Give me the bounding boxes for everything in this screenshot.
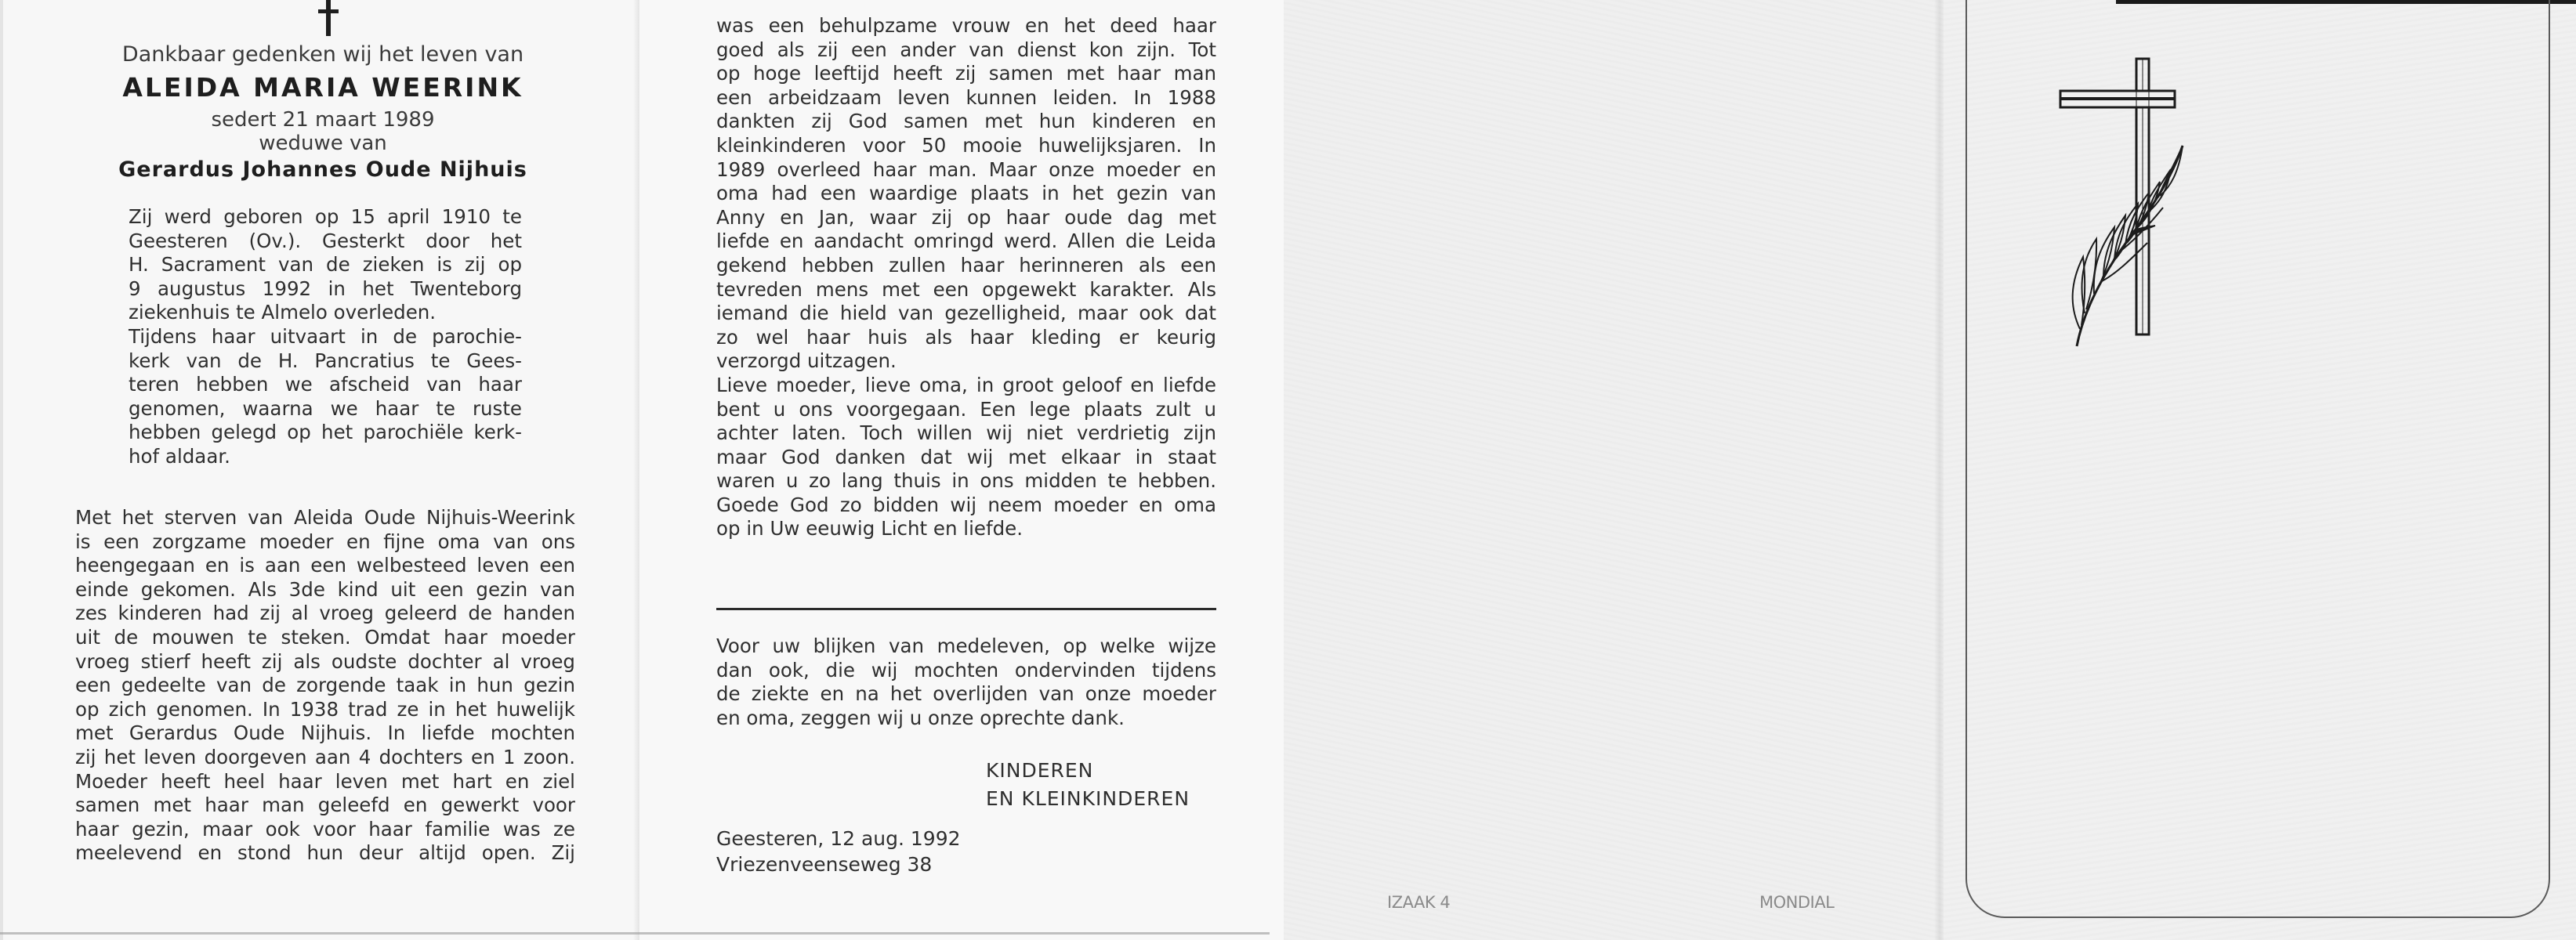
signoff-line-1: KINDEREN (986, 757, 1190, 785)
intro-text: Dankbaar gedenken wij het leven van (3, 42, 643, 67)
text-line: H. Sacrament van de zieken is zij op (129, 253, 522, 277)
card-panel-back (1284, 0, 1944, 940)
text-line: hof aldaar. (129, 445, 522, 469)
text-line: tevreden mens met een opgewekt karakter.… (716, 278, 1216, 302)
since-date: sedert 21 maart 1989 (3, 108, 643, 132)
text-line: zij het leven doorgeven aan 4 dochters e… (75, 746, 575, 770)
text-line: dankten zij God samen met hun kinderen e… (716, 110, 1216, 134)
text-line: Goede God zo bidden wij neem moeder en o… (716, 493, 1216, 518)
cross-icon (317, 0, 340, 38)
husband-name: Gerardus Johannes Oude Nijhuis (3, 157, 643, 182)
text-line: de ziekte en na het overlijden van onze … (716, 682, 1216, 707)
text-line: ziekenhuis te Almelo overleden. (129, 301, 522, 325)
text-line: samen met haar man geleefd en gewerkt vo… (75, 794, 575, 818)
text-line: uit de mouwen te steken. Omdat haar moed… (75, 626, 575, 650)
signoff: KINDEREN EN KLEINKINDEREN (986, 757, 1190, 813)
text-line: bent u ons voorgegaan. Een lege plaats z… (716, 398, 1216, 422)
text-line: zes kinderen had zij al vroeg geleerd de… (75, 602, 575, 626)
card-bottom-edge (0, 932, 1270, 935)
life-story-paragraph-1: Met het sterven van Aleida Oude Nijhuis-… (75, 506, 575, 866)
imprint-brand: MONDIAL (1759, 893, 1834, 912)
text-line: zo wel haar huis als haar kleding er keu… (716, 326, 1216, 350)
text-line: haar gezin, maar ook voor haar familie w… (75, 818, 575, 842)
text-line: maar God danken dat wij met elkaar in st… (716, 446, 1216, 470)
text-line: hebben gelegd op het parochiële kerk- (129, 421, 522, 445)
text-line: is een zorgzame moeder en fijne oma van … (75, 530, 575, 555)
text-line: achter laten. Toch willen wij niet verdr… (716, 421, 1216, 446)
text-line: gekend hebben zullen haar herinneren als… (716, 254, 1216, 278)
text-line: Moeder heeft heel haar leven met hart en… (75, 770, 575, 794)
signoff-line-2: EN KLEINKINDEREN (986, 785, 1190, 813)
text-line: Zij werd geboren op 15 april 1910 te (129, 205, 522, 230)
text-line: dan ook, die wij mochten ondervinden tij… (716, 659, 1216, 683)
text-line: einde gekomen. Als 3de kind uit een gezi… (75, 578, 575, 602)
text-line: goed als zij een ander van dienst kon zi… (716, 38, 1216, 63)
text-line: met Gerardus Oude Nijhuis. In liefde moc… (75, 721, 575, 746)
life-story-paragraph-2: was een behulpzame vrouw en het deed haa… (716, 14, 1216, 541)
deceased-name: ALEIDA MARIA WEERINK (3, 72, 643, 103)
text-line: 9 augustus 1992 in het Twenteborg (129, 277, 522, 302)
text-line: liefde en aandacht omringd werd. Allen d… (716, 230, 1216, 254)
text-line: een gedeelte van de zorgende taak in hun… (75, 674, 575, 698)
text-line: Anny en Jan, waar zij op haar oude dag m… (716, 206, 1216, 230)
text-line: kleinkinderen voor 50 mooie huwelijksjar… (716, 134, 1216, 158)
text-line: op in Uw eeuwig Licht en liefde. (716, 517, 1216, 541)
text-line: teren hebben we afscheid van haar (129, 373, 522, 397)
text-line: genomen, waarna we haar te ruste (129, 397, 522, 421)
text-line: 1989 overleed haar man. Maar onze moeder… (716, 158, 1216, 183)
text-line: Lieve moeder, lieve oma, in groot geloof… (716, 374, 1216, 398)
text-line: oma had een waardige plaats in het gezin… (716, 182, 1216, 206)
text-line: Voor uw blijken van medeleven, op welke … (716, 634, 1216, 659)
place-and-address: Geesteren, 12 aug. 1992 Vriezenveenseweg… (716, 826, 961, 877)
cross-with-palm-branch-icon (2022, 47, 2273, 360)
place-date: Geesteren, 12 aug. 1992 (716, 826, 961, 851)
text-line: iemand die hield van gezelligheid, maar … (716, 302, 1216, 326)
widow-of-label: weduwe van (3, 132, 643, 155)
text-line: Tijdens haar uitvaart in de parochie- (129, 325, 522, 349)
text-line: vroeg stierf heeft zij als oudste dochte… (75, 650, 575, 674)
text-line: en oma, zeggen wij u onze oprechte dank. (716, 707, 1216, 731)
text-line: Geesteren (Ov.). Gesterkt door het (129, 230, 522, 254)
biography-paragraph: Zij werd geboren op 15 april 1910 teGees… (129, 205, 522, 469)
divider-line (716, 608, 1216, 610)
text-line: op zich genomen. In 1938 trad ze in het … (75, 698, 575, 722)
text-line: kerk van de H. Pancratius te Gees- (129, 349, 522, 374)
thanks-paragraph: Voor uw blijken van medeleven, op welke … (716, 634, 1216, 730)
text-line: meelevend en stond hun deur altijd open.… (75, 841, 575, 866)
text-line: Met het sterven van Aleida Oude Nijhuis-… (75, 506, 575, 530)
text-line: verzorgd uitzagen. (716, 349, 1216, 374)
address: Vriezenveenseweg 38 (716, 851, 961, 877)
text-line: was een behulpzame vrouw en het deed haa… (716, 14, 1216, 38)
text-line: waren u zo lang thuis in ons midden te h… (716, 469, 1216, 493)
imprint-model: IZAAK 4 (1387, 893, 1450, 912)
text-line: heengegaan en is aan een welbesteed leve… (75, 554, 575, 578)
text-line: op hoge leeftijd heeft zij samen met haa… (716, 62, 1216, 86)
text-line: een arbeidzaam leven kunnen leiden. In 1… (716, 86, 1216, 110)
